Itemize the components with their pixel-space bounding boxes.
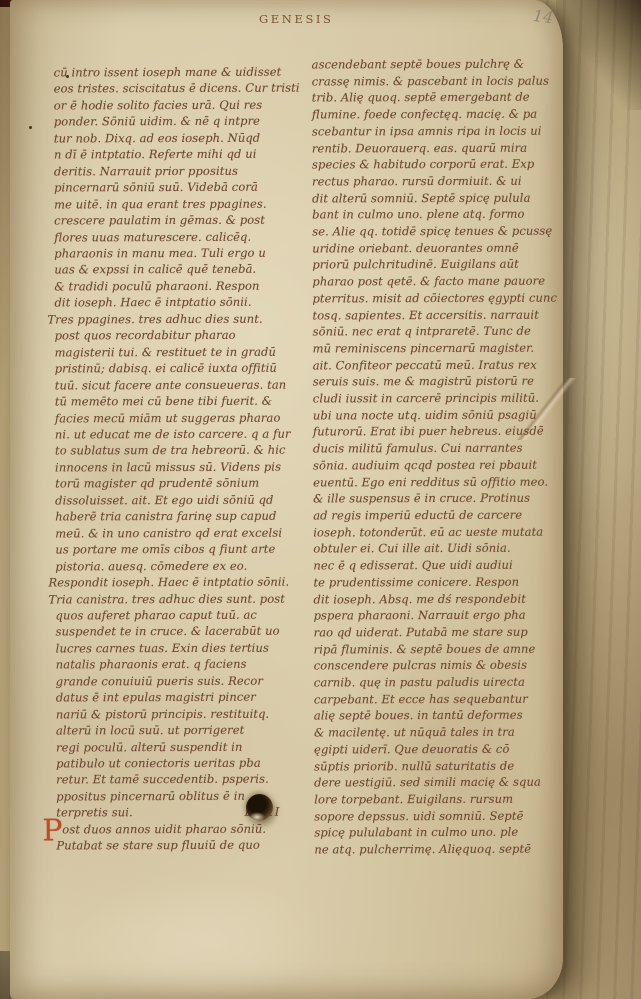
text-column-left: cū intro issent ioseph mane & uidisseteo… bbox=[54, 64, 310, 855]
manuscript-line: dit ioseph. Absq. me dś respondebit bbox=[313, 590, 571, 608]
manuscript-photo: GENESIS 14 cū intro issent ioseph mane &… bbox=[0, 0, 641, 999]
manuscript-line: seruis suis. me & magistrū pistorū re bbox=[313, 373, 571, 391]
manuscript-line: natalis pharaonis erat. q faciens bbox=[56, 656, 309, 673]
manuscript-line: cludi iussit in carcerē principis militū… bbox=[313, 390, 571, 408]
manuscript-line: trib. Alię quoq. septē emergebant de bbox=[312, 89, 570, 107]
manuscript-line: obtuler ei. Cui ille ait. Uidi sōnia. bbox=[313, 540, 571, 558]
prick-mark bbox=[29, 126, 32, 129]
manuscript-line: tosq. sapientes. Et accersitis. narrauit bbox=[312, 306, 570, 324]
manuscript-line: flores uuas maturescere. calicēq. bbox=[54, 228, 307, 245]
manuscript-line: ubi una nocte utq. uidim sōniū psagiū bbox=[313, 406, 571, 424]
manuscript-line: pincernarū sōniū suū. Videbā corā bbox=[54, 179, 307, 196]
manuscript-line: nec ē q edisserat. Que uidi audiui bbox=[313, 557, 571, 575]
manuscript-line: uas & expssi in calicē quē tenebā. bbox=[54, 261, 307, 278]
manuscript-line: scebantur in ipsa amnis ripa in locis ui bbox=[312, 122, 570, 140]
manuscript-line: ęgipti uiderī. Que deuoratis & cō bbox=[314, 740, 572, 758]
manuscript-line: haberē tria canistra farinę sup capud bbox=[55, 508, 308, 525]
manuscript-line: ducis militū famulus. Cui narrantes bbox=[313, 440, 571, 458]
manuscript-line: dit alterū somniū. Septē spicę pulula bbox=[312, 189, 570, 207]
manuscript-line: nariū & pistorū principis. restituitq. bbox=[56, 705, 309, 722]
manuscript-line: species & habitudo corporū erat. Exp bbox=[312, 156, 570, 174]
manuscript-line: facies mecū miām ut suggeras pharao bbox=[55, 409, 308, 426]
manuscript-line: ad regis imperiū eductū de carcere bbox=[313, 507, 571, 525]
manuscript-line: suspendet te in cruce. & lacerabūt uo bbox=[56, 623, 309, 640]
manuscript-line: or ē hodie solito facies urā. Qui res bbox=[54, 96, 307, 113]
manuscript-line: us portare me omīs cibos q fiunt arte bbox=[55, 541, 308, 558]
manuscript-line: regi poculū. alterū suspendit in bbox=[56, 738, 309, 755]
manuscript-line: & macilentę. ut nūquā tales in tra bbox=[314, 724, 572, 742]
manuscript-line: innocens in lacū missus sū. Videns pis bbox=[55, 458, 308, 475]
manuscript-line: pharaonis in manu mea. Tuli ergo u bbox=[54, 245, 307, 262]
manuscript-line: rectus pharao. rursū dormiuit. & ui bbox=[312, 172, 570, 190]
manuscript-line: crassę nimis. & pascebant in locis palus bbox=[312, 72, 570, 90]
text-column-right: ascendebant septē boues pulchrę &crassę … bbox=[312, 56, 573, 859]
manuscript-line: pspera pharaoni. Narrauit ergo pha bbox=[314, 607, 572, 625]
manuscript-line: quos auferet pharao caput tuū. ac bbox=[56, 607, 309, 624]
manuscript-line: flumine. foede confectęq. macię. & pa bbox=[312, 106, 570, 124]
manuscript-line: sōnia. audiuim qcqd postea rei pbauit bbox=[313, 456, 571, 474]
manuscript-line: se. Alie qq. totidē spicę tenues & pcuss… bbox=[312, 223, 570, 241]
manuscript-line: dissoluisset. ait. Et ego uidi sōniū qd bbox=[55, 491, 308, 508]
parchment-hole bbox=[246, 794, 273, 821]
manuscript-line: futurorū. Erat ibi puer hebreus. eiusdē bbox=[313, 423, 571, 441]
manuscript-line: pterritus. misit ad cōiectores ęgypti cu… bbox=[312, 289, 570, 307]
manuscript-line: alterū in locū suū. ut porrigeret bbox=[56, 722, 309, 739]
manuscript-line: ascendebant septē boues pulchrę & bbox=[312, 56, 570, 74]
manuscript-line: pistoria. auesq. cōmedere ex eo. bbox=[55, 557, 308, 574]
running-title: GENESIS bbox=[259, 12, 334, 26]
folio-number: 14 bbox=[532, 6, 555, 27]
manuscript-line: rao qd uiderat. Putabā me stare sup bbox=[314, 623, 572, 641]
manuscript-line: tū memēto mei cū bene tibi fuerit. & bbox=[55, 393, 308, 410]
manuscript-line: datus ē int epulas magistri pincer bbox=[56, 689, 309, 706]
manuscript-page: GENESIS 14 cū intro issent ioseph mane &… bbox=[10, 0, 563, 999]
manuscript-line: pristinū; dabisq. ei calicē iuxta offiti… bbox=[55, 360, 308, 377]
manuscript-line-text: terpretis sui. bbox=[56, 805, 133, 822]
manuscript-line: tuū. sicut facere ante consueueras. tan bbox=[55, 376, 308, 393]
manuscript-line: mū reminiscens pincernarū magister. bbox=[313, 340, 571, 358]
parchment-stain bbox=[70, 880, 330, 999]
manuscript-line: bant in culmo uno. plene atq. formo bbox=[312, 206, 570, 224]
manuscript-line: tur nob. Dixq. ad eos ioseph. Nūqd bbox=[54, 129, 307, 146]
manuscript-line: uridine oriebant. deuorantes omnē bbox=[312, 239, 570, 257]
manuscript-line: spicę pululabant in culmo uno. ple bbox=[314, 824, 572, 842]
manuscript-line: sopore depssus. uidi somniū. Septē bbox=[314, 807, 572, 825]
manuscript-line: torū magister qd prudentē sōnium bbox=[55, 475, 308, 492]
manuscript-line: lucres carnes tuas. Exin dies tertius bbox=[56, 639, 309, 656]
manuscript-line: euentū. Ego eni redditus sū offitio meo. bbox=[313, 473, 571, 491]
manuscript-line: eos tristes. sciscitatus ē dicens. Cur t… bbox=[54, 80, 307, 97]
manuscript-line: Putabat se stare sup fluuiū de quo bbox=[56, 837, 309, 854]
manuscript-line: conscendere pulcras nimis & obesis bbox=[314, 657, 572, 675]
manuscript-line: carpebant. Et ecce has sequebantur bbox=[314, 690, 572, 708]
manuscript-line: rentib. Deuorauerq. eas. quarū mira bbox=[312, 139, 570, 157]
manuscript-line: retur. Et tamē succedentib. psperis. bbox=[56, 771, 309, 788]
manuscript-line: deritis. Narrauit prior ppositus bbox=[54, 162, 307, 179]
manuscript-line: dit ioseph. Haec ē intptatio sōnii. bbox=[54, 294, 307, 311]
manuscript-line: me uitē. in qua erant tres ppagines. bbox=[54, 195, 307, 212]
manuscript-line: ne atq. pulcherrimę. Alięquoq. septē bbox=[314, 841, 572, 859]
manuscript-line: n dī ē intptatio. Referte mihi qd ui bbox=[54, 146, 307, 163]
manuscript-line: ioseph. totonderūt. eū ac ueste mutata bbox=[313, 523, 571, 541]
manuscript-line: lore torpebant. Euigilans. rursum bbox=[314, 790, 572, 808]
manuscript-line: ponder. Sōniū uidim. & nē q intpre bbox=[54, 113, 307, 130]
manuscript-line: te prudentissime conicere. Respon bbox=[313, 573, 571, 591]
manuscript-line: pharao post qetē. & facto mane pauore bbox=[312, 273, 570, 291]
manuscript-line: sūptis priorib. nullū saturitatis de bbox=[314, 757, 572, 775]
manuscript-line: & tradidi poculū pharaoni. Respon bbox=[54, 277, 307, 294]
manuscript-line: Tria canistra. tres adhuc dies sunt. pos… bbox=[48, 590, 308, 607]
manuscript-line: post quos recordabitur pharao bbox=[55, 327, 308, 344]
manuscript-line: magisterii tui. & restituet te in gradū bbox=[55, 343, 308, 360]
manuscript-line: meū. & in uno canistro qd erat excelsi bbox=[55, 524, 308, 541]
manuscript-line: Tres ppagines. tres adhuc dies sunt. bbox=[47, 310, 307, 327]
manuscript-line: patibulo ut coniectoris ueritas pba bbox=[56, 755, 309, 772]
manuscript-line: cū intro issent ioseph mane & uidisset bbox=[54, 64, 307, 81]
manuscript-line: crescere paulatim in gēmas. & post bbox=[54, 212, 307, 229]
manuscript-line: ripā fluminis. & septē boues de amne bbox=[314, 640, 572, 658]
manuscript-line: ni. ut educat me de isto carcere. q a fu… bbox=[55, 426, 308, 443]
manuscript-line: to sublatus sum de tra hebreorū. & hic bbox=[55, 442, 308, 459]
manuscript-line: grande conuiuiū pueris suis. Recor bbox=[56, 672, 309, 689]
manuscript-line: ait. Confiteor peccatū meū. Iratus rex bbox=[313, 356, 571, 374]
manuscript-line: Post duos annos uidit pharao sōniū. bbox=[56, 820, 309, 837]
manuscript-line: priorū pulchritudinē. Euigilans aūt bbox=[312, 256, 570, 274]
manuscript-line: sōniū. nec erat q intpraretē. Tunc de bbox=[313, 323, 571, 341]
manuscript-line: Respondit ioseph. Haec ē intptatio sōnii… bbox=[48, 574, 308, 591]
manuscript-line: & ille suspensus ē in cruce. Protinus bbox=[313, 490, 571, 508]
manuscript-line: carnib. quę in pastu paludis uirecta bbox=[314, 674, 572, 692]
manuscript-line: alię septē boues. in tantū deformes bbox=[314, 707, 572, 725]
manuscript-line: dere uestigiū. sed simili macię & squa bbox=[314, 774, 572, 792]
